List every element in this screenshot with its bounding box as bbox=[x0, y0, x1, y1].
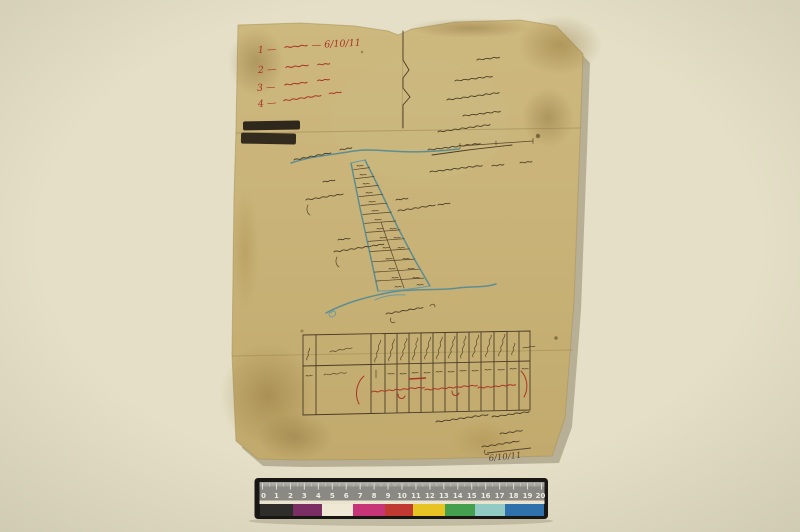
ruler-number: 18 bbox=[509, 492, 519, 500]
ruler-cream-strip bbox=[260, 501, 545, 505]
archival-photo: 1 — — 6/10/11 2 — 3 — 4 — bbox=[0, 0, 800, 532]
index-number: 1 — bbox=[258, 44, 278, 56]
ruler-number: 9 bbox=[386, 492, 391, 500]
color-patch-purple bbox=[293, 504, 322, 516]
color-patch-yellow bbox=[413, 504, 445, 516]
color-patch-blue bbox=[505, 504, 544, 516]
ruler-number: 5 bbox=[330, 492, 335, 500]
ruler-number: 6 bbox=[344, 492, 349, 500]
ruler-color-patches bbox=[260, 504, 544, 516]
ruler-number: 3 bbox=[302, 492, 307, 500]
ruler-number: 20 bbox=[536, 492, 546, 500]
ruler-number: 19 bbox=[523, 492, 533, 500]
ruler-ticks bbox=[263, 483, 542, 490]
ruler-number: 13 bbox=[439, 492, 449, 500]
index-number: 2 — bbox=[257, 64, 278, 76]
ruler-number: 4 bbox=[316, 492, 321, 500]
ruler-number: 2 bbox=[288, 492, 293, 500]
ruler-number: 8 bbox=[372, 492, 377, 500]
ruler-number: 14 bbox=[453, 492, 463, 500]
ruler-number: 7 bbox=[358, 492, 363, 500]
color-patch-black bbox=[260, 504, 293, 516]
color-scale-ruler: 01234567891011121314151617181920 bbox=[249, 478, 553, 526]
color-patch-cream bbox=[322, 504, 353, 516]
ruler-number: 15 bbox=[467, 492, 477, 500]
index-number: 4 — bbox=[256, 97, 277, 110]
ruler-number: 16 bbox=[481, 492, 491, 500]
color-patch-green bbox=[445, 504, 475, 516]
color-patch-red bbox=[385, 504, 413, 516]
color-patch-magenta bbox=[353, 504, 385, 516]
document-paper bbox=[220, 15, 602, 467]
index-number: 3 — bbox=[257, 82, 277, 94]
ruler-numbers: 01234567891011121314151617181920 bbox=[261, 492, 545, 500]
ruler-number: 12 bbox=[425, 492, 435, 500]
ruler-number: 1 bbox=[274, 492, 279, 500]
color-patch-cyan bbox=[475, 504, 505, 516]
ruler-number: 10 bbox=[397, 492, 407, 500]
ruler-number: 0 bbox=[261, 492, 266, 500]
ruler-number: 17 bbox=[495, 492, 505, 500]
ruler-number: 11 bbox=[411, 492, 421, 500]
